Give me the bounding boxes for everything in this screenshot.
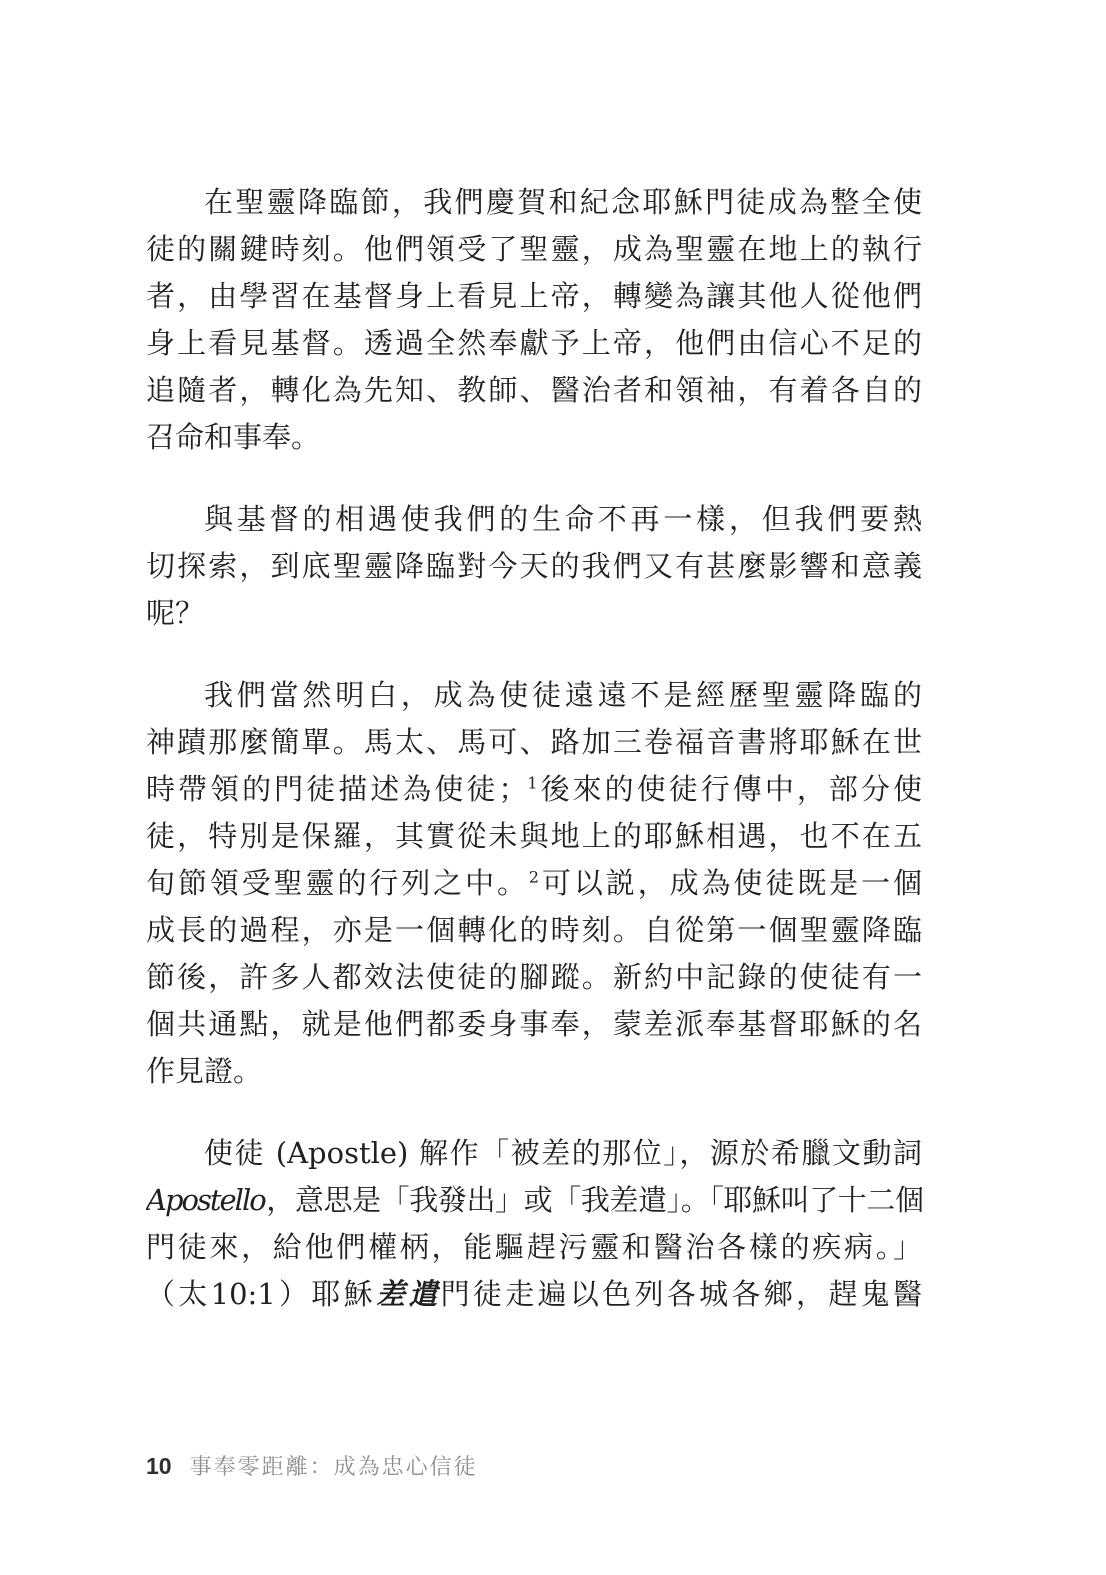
body-text: 召命和事奉。 [146,420,320,454]
body-text: 與基督的相遇使我們的生命不再一樣，但我們要熱 [204,502,922,536]
body-text: 切探索，到底聖靈降臨對今天的我們又有甚麼影響和意義 [146,549,922,583]
body-text: 個共通點，就是他們都委身事奉，蒙差派奉基督耶穌的名 [146,1007,922,1041]
body-text: 徒的關鍵時刻。他們領受了聖靈，成為聖靈在地上的執行 [146,232,922,266]
body-text: 旬節領受聖靈的行列之中。 [146,866,529,900]
footnote-reference: 2 [529,867,539,886]
paragraph: 我們當然明白，成為使徒遠遠不是經歷聖靈降臨的神蹟那麼簡單。馬太、馬可、路加三卷福… [146,672,922,1095]
body-text: 後來的使徒行傳中，部分使 [538,772,922,806]
scripture-quote-text: 門徒來，給他們權柄，能驅趕污靈和醫治各樣的疾病。」 [146,1230,922,1264]
body-text: 門徒走遍以色列各城各鄉，趕鬼醫 [441,1277,922,1311]
text-line: Apostello，意思是「我發出」或「我差遣」。「耶穌叫了十二個 [146,1177,922,1224]
body-text: 者，由學習在基督身上看見上帝，轉變為讓其他人從他們 [146,279,922,313]
book-page: 在聖靈降臨節，我們慶賀和紀念耶穌門徒成為整全使徒的關鍵時刻。他們領受了聖靈，成為… [0,0,1106,1575]
body-text: 徒，特別是保羅，其實從未與地上的耶穌相遇，也不在五 [146,819,922,853]
page-number: 10 [146,1453,172,1480]
body-text: 神蹟那麼簡單。馬太、馬可、路加三卷福音書將耶穌在世 [146,725,922,759]
greek-term-italic: Apostello [146,1183,265,1217]
body-text: 成長的過程，亦是一個轉化的時刻。自從第一個聖靈降臨 [146,913,922,947]
body-text: 作見證。 [146,1054,262,1088]
paragraph: 在聖靈降臨節，我們慶賀和紀念耶穌門徒成為整全使徒的關鍵時刻。他們領受了聖靈，成為… [146,179,922,461]
text-line: 切探索，到底聖靈降臨對今天的我們又有甚麼影響和意義 [146,543,922,590]
text-line: 徒的關鍵時刻。他們領受了聖靈，成為聖靈在地上的執行 [146,226,922,273]
text-line: 時帶領的門徒描述為使徒；1後來的使徒行傳中，部分使 [146,766,922,813]
text-line: 成長的過程，亦是一個轉化的時刻。自從第一個聖靈降臨 [146,907,922,954]
text-line: 門徒來，給他們權柄，能驅趕污靈和醫治各樣的疾病。」 [146,1224,922,1271]
body-text: 時帶領的門徒描述為使徒； [146,772,527,806]
body-text: 我們當然明白，成為使徒遠遠不是經歷聖靈降臨的 [204,678,922,712]
text-line: 使徒 (Apostle) 解作「被差的那位」，源於希臘文動詞 [146,1130,922,1177]
text-line: 我們當然明白，成為使徒遠遠不是經歷聖靈降臨的 [146,672,922,719]
body-text: 身上看見基督。透過全然奉獻予上帝，他們由信心不足的 [146,326,922,360]
emphasis-bold-italic: 差遣 [376,1277,441,1311]
text-line: 旬節領受聖靈的行列之中。2可以説，成為使徒既是一個 [146,860,922,907]
text-column: 在聖靈降臨節，我們慶賀和紀念耶穌門徒成為整全使徒的關鍵時刻。他們領受了聖靈，成為… [146,179,922,1353]
scripture-quote-text: 「耶穌叫了十二個 [709,1183,922,1217]
body-text: 在聖靈降臨節，我們慶賀和紀念耶穌門徒成為整全使 [204,185,922,219]
text-line: 個共通點，就是他們都委身事奉，蒙差派奉基督耶穌的名 [146,1001,922,1048]
text-line: 者，由學習在基督身上看見上帝，轉變為讓其他人從他們 [146,273,922,320]
paragraph: 與基督的相遇使我們的生命不再一樣，但我們要熱切探索，到底聖靈降臨對今天的我們又有… [146,496,922,637]
body-text: （太10:1）耶穌 [146,1277,376,1311]
text-line: 召命和事奉。 [146,414,922,461]
text-line: （太10:1）耶穌差遣門徒走遍以色列各城各鄉，趕鬼醫 [146,1271,922,1318]
book-title: 事奉零距離：成為忠心信徒 [190,1450,478,1481]
text-line: 神蹟那麼簡單。馬太、馬可、路加三卷福音書將耶穌在世 [146,719,922,766]
text-line: 在聖靈降臨節，我們慶賀和紀念耶穌門徒成為整全使 [146,179,922,226]
body-text: 追隨者，轉化為先知、教師、醫治者和領袖，有着各自的 [146,373,922,407]
text-line: 追隨者，轉化為先知、教師、醫治者和領袖，有着各自的 [146,367,922,414]
page-footer: 10 事奉零距離：成為忠心信徒 [146,1450,478,1481]
paragraph: 使徒 (Apostle) 解作「被差的那位」，源於希臘文動詞Apostello，… [146,1130,922,1318]
text-line: 徒，特別是保羅，其實從未與地上的耶穌相遇，也不在五 [146,813,922,860]
text-line: 與基督的相遇使我們的生命不再一樣，但我們要熱 [146,496,922,543]
body-text: 節後，許多人都效法使徒的腳蹤。新約中記錄的使徒有一 [146,960,922,994]
text-line: 作見證。 [146,1048,922,1095]
text-line: 呢？ [146,590,922,637]
text-line: 身上看見基督。透過全然奉獻予上帝，他們由信心不足的 [146,320,922,367]
body-text: 使徒 (Apostle) 解作「被差的那位」，源於希臘文動詞 [204,1136,922,1170]
text-line: 節後，許多人都效法使徒的腳蹤。新約中記錄的使徒有一 [146,954,922,1001]
body-text: ，意思是「我發出」或「我差遣」。 [265,1183,710,1217]
body-text: 可以説，成為使徒既是一個 [539,866,922,900]
footnote-reference: 1 [527,773,537,792]
body-text: 呢？ [146,596,204,630]
